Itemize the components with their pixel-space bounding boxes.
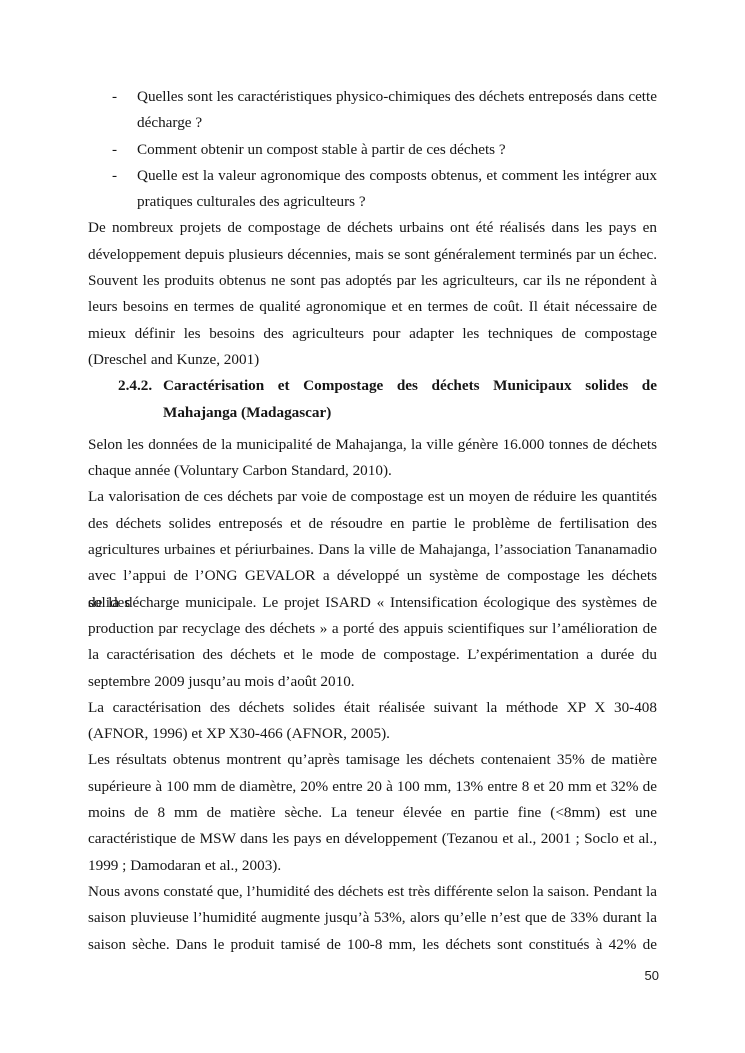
text-line: mieux définir les besoins des agriculteu… (88, 321, 657, 347)
section-heading: Caractérisation et Compostage des déchet… (88, 373, 657, 426)
text-line: De nombreux projets de compostage de déc… (88, 215, 657, 241)
text-line: Nous avons constaté que, l’humidité des … (88, 879, 657, 905)
text-line: Caractérisation et Compostage des déchet… (163, 373, 657, 399)
bullet-dash: - (112, 137, 117, 163)
text-line: (AFNOR, 1996) et XP X30-466 (AFNOR, 2005… (88, 721, 657, 747)
text-line: développement depuis plusieurs décennies… (88, 242, 657, 268)
document-body: Quelles sont les caractéristiques physic… (88, 84, 657, 958)
paragraph: La valorisation de ces déchets par voie … (88, 484, 657, 694)
text-line: septembre 2009 jusqu’au mois d’août 2010… (88, 669, 657, 695)
text-line: Les résultats obtenus montrent qu’après … (88, 747, 657, 773)
text-line: chaque année (Voluntary Carbon Standard,… (88, 458, 657, 484)
text-line: caractéristique de MSW dans les pays en … (88, 826, 657, 852)
text-line: avec l’appui de l’ONG GEVALOR a développ… (88, 563, 657, 589)
text-line: décharge ? (137, 110, 657, 136)
heading-number: 2.4.2. (118, 373, 152, 399)
text-line: production par recyclage des déchets » a… (88, 616, 657, 642)
text-line: Quelle est la valeur agronomique des com… (137, 163, 657, 189)
text-line: saison sèche. Dans le produit tamisé de … (88, 932, 657, 958)
document-page: Quelles sont les caractéristiques physic… (0, 0, 745, 1053)
text-line: saison pluvieuse l’humidité augmente jus… (88, 905, 657, 931)
page-footer: 50 (645, 968, 659, 984)
text-line: 1999 ; Damodaran et al., 2003). (88, 853, 657, 879)
text-line: pratiques culturales des agriculteurs ? (137, 189, 657, 215)
bullet-dash: - (112, 84, 117, 110)
text-line: des déchets solides entreposés et de rés… (88, 511, 657, 537)
text-line: Selon les données de la municipalité de … (88, 432, 657, 458)
page-number: 50 (645, 968, 659, 983)
text-line: agricultures urbaines et périurbaines. D… (88, 537, 657, 563)
text-line: supérieure à 100 mm de diamètre, 20% ent… (88, 774, 657, 800)
paragraph: Selon les données de la municipalité de … (88, 432, 657, 485)
paragraph: De nombreux projets de compostage de déc… (88, 215, 657, 373)
paragraph: Nous avons constaté que, l’humidité des … (88, 879, 657, 958)
text-line: la caractérisation des déchets et le mod… (88, 642, 657, 668)
bullet-dash: - (112, 163, 117, 189)
paragraph: Les résultats obtenus montrent qu’après … (88, 747, 657, 878)
bullet-item: Comment obtenir un compost stable à part… (88, 137, 657, 163)
text-line: La valorisation de ces déchets par voie … (88, 484, 657, 510)
bullet-item: Quelles sont les caractéristiques physic… (88, 84, 657, 137)
text-line: Mahajanga (Madagascar) (163, 400, 657, 426)
text-line: moins de 8 mm de matière sèche. La teneu… (88, 800, 657, 826)
text-line: Souvent les produits obtenus ne sont pas… (88, 268, 657, 294)
text-line: leurs besoins en termes de qualité agron… (88, 294, 657, 320)
bullet-item: Quelle est la valeur agronomique des com… (88, 163, 657, 216)
paragraph: La caractérisation des déchets solides é… (88, 695, 657, 748)
text-line: La caractérisation des déchets solides é… (88, 695, 657, 721)
text-line: Comment obtenir un compost stable à part… (137, 137, 657, 163)
text-line: de la décharge municipale. Le projet ISA… (88, 590, 657, 616)
text-line: (Dreschel and Kunze, 2001) (88, 347, 657, 373)
text-line: Quelles sont les caractéristiques physic… (137, 84, 657, 110)
